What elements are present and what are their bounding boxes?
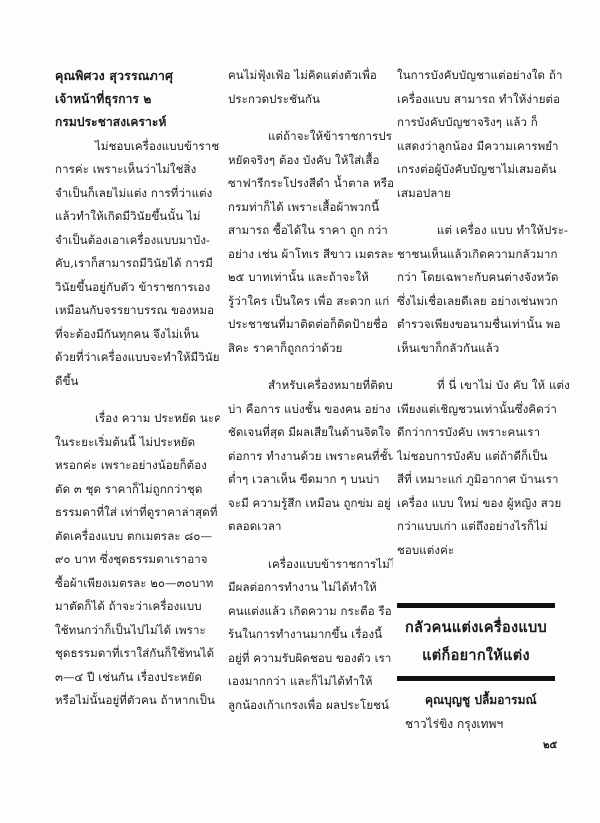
- magazine-page: คุณพิศวง สุวรรณภาศุ เจ้าหน้าที่ธุรการ ๒ …: [0, 0, 600, 823]
- text-line: รู้ว่าใคร เป็นใคร เพื่อ สะดวก แก่: [228, 290, 393, 314]
- text-line: ชุดธรรมดาที่เราใส่กันก็ใช้ทนได้: [55, 642, 220, 666]
- text-line: ที่ นี่ เขาไม่ บัง คับ ให้ แต่ง: [397, 374, 572, 398]
- text-line: ประชาชนที่มาติดต่อก็ติดป้ายชื่อ: [228, 313, 393, 337]
- next-article-headline-line1: กลัวคนแต่งเครื่องแบบ: [397, 616, 555, 640]
- text-line: ประกวดประชันกัน: [228, 88, 393, 112]
- text-line: คนไม่ฟุ้งเฟ้อ ไม่คิดแต่งตัวเพื่อ: [228, 64, 393, 88]
- text-line: ไม่ชอบการบังคับ แต่ถ้าดีก็เป็น: [397, 445, 572, 469]
- text-line: วินัยขึ้นอยู่กับตัว ข้าราชการเอง: [55, 276, 220, 300]
- text-line: แต่ถ้าจะให้ข้าราชการประ-: [228, 125, 393, 149]
- text-line: หรือไม่นั้นอยู่ที่ตัวคน ถ้าหากเป็น: [55, 689, 220, 713]
- text-line: ที่จะต้องมีกันทุกคน จึงไม่เห็น: [55, 323, 220, 347]
- text-line: ชอบแต่งค่ะ: [397, 539, 572, 563]
- text-line: แสดงว่าลูกน้อง มีความเคารพยำ: [397, 135, 572, 159]
- text-line: หยัดจริงๆ ต้อง บังคับ ให้ใส่เสื้อ: [228, 149, 393, 173]
- text-line: อยู่ที่ ความรับผิดชอบ ของตัว เรา: [228, 647, 393, 671]
- right-column: ในการบังคับบัญชาแต่อย่างใด ถ้า เครื่องแบ…: [397, 64, 572, 562]
- text-line: เสมอปลาย: [397, 182, 572, 206]
- text-line: กว่า โดยเฉพาะกับคนต่างจังหวัด: [397, 266, 572, 290]
- paragraph-gap: [397, 360, 572, 374]
- text-line: ต่ำๆ เวลาเห็น ขีดมาก ๆ บนบ่า: [228, 468, 393, 492]
- headline-rule-bottom: [397, 676, 555, 681]
- next-author-name: คุณบุญชู ปลื้มอารมณ์: [405, 688, 565, 712]
- text-line: ชัดเจนที่สุด มีผลเสียในด้านจิตใจ: [228, 421, 393, 445]
- text-line: สำหรับเครื่องหมายที่ติดบน: [228, 374, 393, 398]
- text-line: ตำรวจเพียงขอนามชื่นเท่านั้น พอ: [397, 313, 572, 337]
- headline-rule-top: [397, 603, 555, 608]
- next-article-byline: คุณบุญชู ปลื้มอารมณ์ ชาวไร่ขิง กรุงเทพฯ: [405, 688, 565, 736]
- page-number: ๒๕: [543, 738, 557, 753]
- next-article-headline-line2: แต่ก็อยากให้แต่ง: [397, 644, 555, 668]
- author-title: เจ้าหน้าที่ธุรการ ๒: [55, 88, 220, 112]
- text-line: การค่ะ เพราะเห็นว่าไม่ใช่สิ่ง: [55, 158, 220, 182]
- text-line: จะมี ความรู้สึก เหมือน ถูกข่ม อยู่: [228, 492, 393, 516]
- text-line: แล้วทำให้เกิดมีวินัยขึ้นนั้น ไม่: [55, 205, 220, 229]
- text-line: ในการบังคับบัญชาแต่อย่างใด ถ้า: [397, 64, 572, 88]
- text-line: ซาฟารีกระโปรงสีดำ น้ำตาล หรือ: [228, 172, 393, 196]
- text-line: คนแต่งแล้ว เกิดความ กระตือ รือ: [228, 600, 393, 624]
- text-line: ตัดเครื่องแบบ ตกเมตรละ ๘๐—: [55, 525, 220, 549]
- paragraph-gap: [397, 205, 572, 219]
- text-line: เครื่อง แบบ ใหม่ ของ ผู้หญิง สวย: [397, 492, 572, 516]
- text-line: กว่าแบบเก่า แต่ถึงอย่างไรก็ไม่: [397, 515, 572, 539]
- next-author-location: ชาวไร่ขิง กรุงเทพฯ: [405, 712, 565, 736]
- text-line: เครื่องแบบ สามารถ ทำให้ง่ายต่อ: [397, 88, 572, 112]
- paragraph-gap: [228, 539, 393, 553]
- text-line: จำเป็นต้องเอาเครื่องแบบมาบัง-: [55, 229, 220, 253]
- text-line: ๙๐ บาท ซึ่งชุดธรรมดาเราอาจ: [55, 548, 220, 572]
- text-line: ดีขึ้น: [55, 370, 220, 394]
- left-column: คุณพิศวง สุวรรณภาศุ เจ้าหน้าที่ธุรการ ๒ …: [55, 64, 220, 713]
- text-line: เรื่อง ความ ประหยัด นะคะ: [55, 407, 220, 431]
- text-line: มีผลต่อการทำงาน ไม่ได้ทำให้: [228, 576, 393, 600]
- text-line: ต่อการ ทำงานด้วย เพราะคนที่ชั้น: [228, 445, 393, 469]
- text-line: หรอกค่ะ เพราะอย่างน้อยก็ต้อง: [55, 454, 220, 478]
- text-line: การบังคับบัญชาจริงๆ แล้ว ก็: [397, 111, 572, 135]
- text-line: จำเป็นก็เลยไม่แต่ง การที่ว่าแต่ง: [55, 182, 220, 206]
- text-line: มาตัดก็ได้ ถ้าจะว่าเครื่องแบบ: [55, 595, 220, 619]
- text-line: บ่า คือการ แบ่งชั้น ของคน อย่าง: [228, 398, 393, 422]
- text-line: เองมากกว่า และก็ไม่ได้ทำให้: [228, 670, 393, 694]
- text-line: เห็นเขาก็กลัวกันแล้ว: [397, 337, 572, 361]
- text-line: เหมือนกับจรรยาบรรณ ของหมอ: [55, 299, 220, 323]
- text-line: คับ,เราก็สามารถมีวินัยได้ การมี: [55, 252, 220, 276]
- text-line: ซึ่งไม่เชื่อเลยดีเลย อย่างเช่นพวก: [397, 290, 572, 314]
- text-line: สามารถ ซื้อได้ใน ราคา ถูก กว่า: [228, 219, 393, 243]
- text-line: ชาชนเห็นแล้วเกิดความกลัวมาก: [397, 243, 572, 267]
- text-line: เครื่องแบบข้าราชการไม่ได้: [228, 553, 393, 577]
- text-line: ไม่ชอบเครื่องแบบข้าราช-: [55, 135, 220, 159]
- text-line: ๒๕ บาทเท่านั้น และถ้าจะให้: [228, 266, 393, 290]
- paragraph-gap: [55, 393, 220, 407]
- text-line: กรมท่าก็ได้ เพราะเสื้อผ้าพวกนี้: [228, 196, 393, 220]
- author-department: กรมประชาสงเคราะห์: [55, 111, 220, 135]
- paragraph-gap: [228, 111, 393, 125]
- text-line: เกรงต่อผู้บังคับบัญชาไม่เสมอต้น: [397, 158, 572, 182]
- text-line: ดีกว่าการบังคับ เพราะคนเรา: [397, 421, 572, 445]
- text-line: สิคะ ราคาก็ถูกกว่าด้วย: [228, 337, 393, 361]
- author-name: คุณพิศวง สุวรรณภาศุ: [55, 64, 220, 88]
- text-line: สีที่ เหมาะแก่ ภูมิอากาศ บ้านเรา: [397, 468, 572, 492]
- text-line: ซื้อผ้าเพียงเมตรละ ๒๐—๓๐บาท: [55, 572, 220, 596]
- text-line: ตลอดเวลา: [228, 515, 393, 539]
- text-line: ร้นในการทำงานมากขึ้น เรื่องนี้: [228, 623, 393, 647]
- text-line: ธรรมดาที่ใส่ เท่าที่ดูราคาล่าสุดที่: [55, 501, 220, 525]
- text-line: อย่าง เช่น ผ้าโทเร สีขาว เมตรละ: [228, 243, 393, 267]
- text-line: ด้วยที่ว่าเครื่องแบบจะทำให้มีวินัย: [55, 346, 220, 370]
- text-line: เพียงแต่เชิญชวนเท่านั้นซึ่งคิดว่า: [397, 398, 572, 422]
- paragraph-gap: [228, 360, 393, 374]
- text-line: ในระยะเริ่มต้นนี้ ไม่ประหยัด: [55, 431, 220, 455]
- text-line: แต่ เครื่อง แบบ ทำให้ประ-: [397, 219, 572, 243]
- middle-column: คนไม่ฟุ้งเฟ้อ ไม่คิดแต่งตัวเพื่อ ประกวดป…: [228, 64, 393, 717]
- text-line: ตัด ๓ ชุด ราคาก็ไม่ถูกกว่าชุด: [55, 478, 220, 502]
- text-line: ใช้ทนกว่าก็เป็นไปไม่ได้ เพราะ: [55, 619, 220, 643]
- text-line: ๓—๔ ปี เช่นกัน เรื่องประหยัด: [55, 666, 220, 690]
- text-line: ลูกน้องเก้าเกรงเพื่อ ผลประโยชน์: [228, 694, 393, 718]
